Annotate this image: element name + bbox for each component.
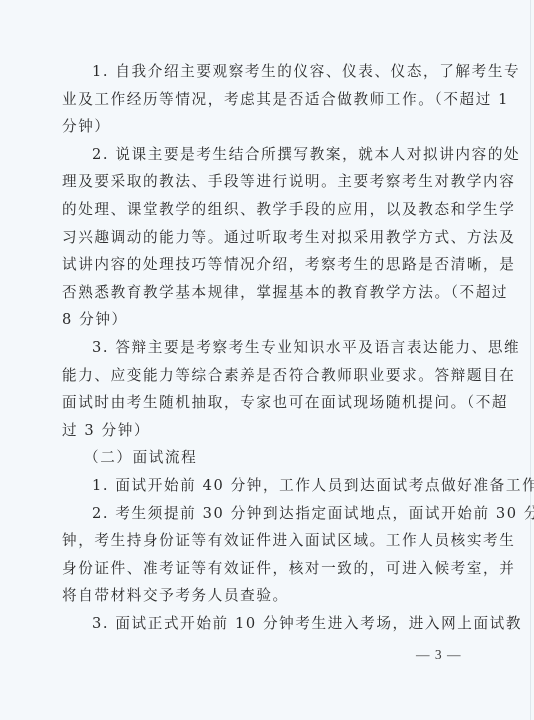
text-line: 8 分钟）	[62, 306, 464, 334]
interview-content-item-2: 2. 说课主要是考生结合所撰写教案，就本人对拟讲内容的处 理及要采取的教法、手段…	[62, 141, 464, 334]
text-line: 1. 面试开始前 40 分钟，工作人员到达面试考点做好准备工作。	[62, 472, 464, 500]
text-line: 的处理、课堂教学的组织、教学手段的应用，以及教态和学生学	[62, 196, 464, 224]
page-number: — 3 —	[416, 647, 462, 663]
interview-process-item-1: 1. 面试开始前 40 分钟，工作人员到达面试考点做好准备工作。	[62, 472, 464, 500]
text-line: 能力、应变能力等综合素养是否符合教师职业要求。答辩题目在	[62, 362, 464, 390]
interview-content-item-3: 3. 答辩主要是考察考生专业知识水平及语言表达能力、思维 能力、应变能力等综合素…	[62, 334, 464, 444]
page-edge	[530, 0, 531, 720]
text-line: 面试时由考生随机抽取，专家也可在面试现场随机提问。（不超	[62, 389, 464, 417]
interview-process-item-2: 2. 考生须提前 30 分钟到达指定面试地点，面试开始前 30 分 钟，考生持身…	[62, 500, 464, 610]
interview-process-item-3: 3. 面试正式开始前 10 分钟考生进入考场，进入网上面试教	[62, 610, 464, 638]
text-line: 过 3 分钟）	[62, 417, 464, 445]
text-line: 3. 答辩主要是考察考生专业知识水平及语言表达能力、思维	[62, 334, 464, 362]
text-line: 理及要采取的教法、手段等进行说明。主要考察考生对教学内容	[62, 168, 464, 196]
text-line: 钟，考生持身份证等有效证件进入面试区域。工作人员核实考生	[62, 527, 464, 555]
text-line: 习兴趣调动的能力等。通过听取考生对拟采用教学方式、方法及	[62, 224, 464, 252]
text-line: 试讲内容的处理技巧等情况介绍，考察考生的思路是否清晰，是	[62, 251, 464, 279]
text-line: 1. 自我介绍主要观察考生的仪容、仪表、仪态，了解考生专	[62, 58, 464, 86]
text-line: 2. 说课主要是考生结合所撰写教案，就本人对拟讲内容的处	[62, 141, 464, 169]
interview-content-item-1: 1. 自我介绍主要观察考生的仪容、仪表、仪态，了解考生专 业及工作经历等情况，考…	[62, 58, 464, 141]
text-line: 将自带材料交予考务人员查验。	[62, 582, 464, 610]
text-line: 身份证件、准考证等有效证件，核对一致的，可进入候考室，并	[62, 555, 464, 583]
text-line: 否熟悉教育教学基本规律，掌握基本的教育教学方法。（不超过	[62, 279, 464, 307]
text-line: 2. 考生须提前 30 分钟到达指定面试地点，面试开始前 30 分	[62, 500, 464, 528]
text-line: 3. 面试正式开始前 10 分钟考生进入考场，进入网上面试教	[62, 610, 464, 638]
document-body: 1. 自我介绍主要观察考生的仪容、仪表、仪态，了解考生专 业及工作经历等情况，考…	[62, 58, 464, 637]
text-line: 分钟）	[62, 113, 464, 141]
text-line: 业及工作经历等情况，考虑其是否适合做教师工作。（不超过 1	[62, 86, 464, 114]
section-heading: （二）面试流程	[62, 444, 464, 472]
